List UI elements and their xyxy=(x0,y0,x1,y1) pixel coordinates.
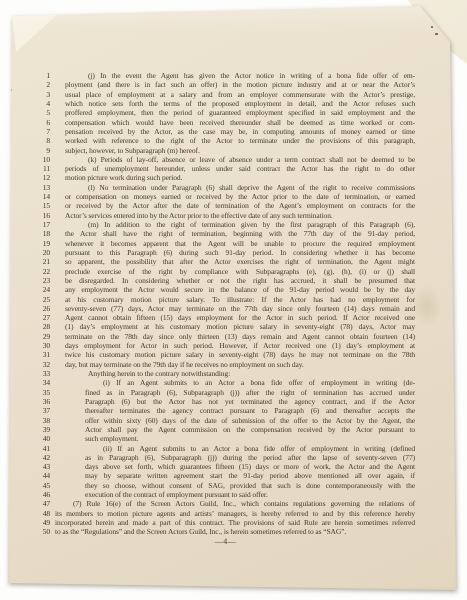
line-text: compensation which would have been recei… xyxy=(55,118,415,127)
line-text: which notice sets forth the terms of the… xyxy=(55,99,415,108)
line-text: Anything herein to the contrary notwiths… xyxy=(55,369,415,378)
line-number: 24 xyxy=(36,285,50,294)
line-text: any employment the Actor would secure in… xyxy=(55,285,415,294)
line-text: days above set forth, which guarantees f… xyxy=(55,462,415,471)
text-line: 3 usual place of employment at a salary … xyxy=(36,90,415,99)
page-wrap: 1 (j) In the event the Agent has given t… xyxy=(0,0,467,600)
text-line: 45 they so choose, without consent of SA… xyxy=(36,481,415,490)
text-line: 48 its members to motion picture agents … xyxy=(36,509,415,518)
line-number: 43 xyxy=(36,462,50,471)
line-number: 45 xyxy=(36,481,50,490)
text-line: 7 pensation received by the Actor, as th… xyxy=(36,127,415,136)
line-number: 1 xyxy=(36,71,50,80)
text-line: 43 days above set forth, which guarantee… xyxy=(36,462,415,471)
line-number: 35 xyxy=(36,388,50,397)
text-line: 27 Agent cannot obtain fifteen (15) days… xyxy=(36,313,415,322)
line-number: 38 xyxy=(36,416,50,425)
line-text: periods of unemployment hereunder, unles… xyxy=(55,164,415,173)
line-number: 49 xyxy=(36,518,50,527)
line-text: fined as in Paragraph (6), Subparagraph … xyxy=(55,388,415,397)
line-number: 42 xyxy=(36,453,50,462)
text-line: 44 may by separate written agreement sta… xyxy=(36,471,415,480)
line-number: 10 xyxy=(36,155,50,164)
paper-speck xyxy=(431,26,433,28)
text-line: 6 compensation which would have been rec… xyxy=(36,118,415,127)
line-number: 39 xyxy=(36,425,50,434)
text-line: 31 twice his customary motion picture sa… xyxy=(36,350,415,359)
line-number: 15 xyxy=(36,201,50,210)
line-number: 22 xyxy=(36,267,50,276)
line-text: (7) Rule 16(e) of the Screen Actors Guil… xyxy=(55,499,415,508)
line-text: worked with reference to the right of th… xyxy=(55,136,415,145)
text-line: 12 motion picture work during such perio… xyxy=(36,173,415,182)
line-number: 27 xyxy=(36,313,50,322)
line-text: or compensation on moneys earned or rece… xyxy=(55,192,415,201)
text-line: 4 which notice sets forth the terms of t… xyxy=(36,99,415,108)
line-number: 7 xyxy=(36,127,50,136)
line-number: 14 xyxy=(36,192,50,201)
line-number: 26 xyxy=(36,304,50,313)
text-line: 36 Paragraph (6) but the Actor has not y… xyxy=(36,397,415,406)
line-number: 25 xyxy=(36,295,50,304)
line-text: Agent cannot obtain fifteen (15) days em… xyxy=(55,313,415,322)
line-number: 5 xyxy=(36,108,50,117)
line-text: pensation received by the Actor, as the … xyxy=(55,127,415,136)
line-number: 9 xyxy=(36,146,50,155)
text-line: 50 to as the “Regulations” and the Scree… xyxy=(36,527,415,536)
line-text: whenever it becomes apparent that the Ag… xyxy=(55,239,415,248)
line-text: (1) day’s employment at his customary mo… xyxy=(55,322,415,331)
line-number: 20 xyxy=(36,248,50,257)
line-text: day, but may terminate on the 79th day i… xyxy=(55,360,415,369)
line-number: 46 xyxy=(36,490,50,499)
text-line: 13 (l) No termination under Paragraph (6… xyxy=(36,183,415,192)
text-line: 9 subject, however, to Subparagraph (m) … xyxy=(36,146,415,155)
text-line: 38 offer within sixty (60) days of the d… xyxy=(36,416,415,425)
text-line: 41 (ii) If an Agent submits to an Actor … xyxy=(36,444,415,453)
line-text: or received by the Actor after the date … xyxy=(55,201,415,210)
line-text: subject, however, to Subparagraph (m) he… xyxy=(55,146,415,155)
text-block: 1 (j) In the event the Agent has given t… xyxy=(36,71,415,537)
line-number: 11 xyxy=(36,164,50,173)
text-line: 30 days employment for Actor in such per… xyxy=(36,341,415,350)
line-text: ployment (and there is in fact such an o… xyxy=(55,80,415,89)
line-text: so apparent, the possibility that after … xyxy=(55,257,415,266)
line-number: 4 xyxy=(36,99,50,108)
line-text: at his customary motion picture salary. … xyxy=(55,295,415,304)
text-line: 5 proffered employment, then the period … xyxy=(36,108,415,117)
line-text: thereafter terminates the agency contrac… xyxy=(55,406,415,415)
text-line: 39 Actor shall pay the Agent commission … xyxy=(36,425,415,434)
text-line: 47 (7) Rule 16(e) of the Screen Actors G… xyxy=(36,499,415,508)
text-line: 10 (k) Periods of lay-off, absence or le… xyxy=(36,155,415,164)
line-number: 16 xyxy=(36,211,50,220)
line-number: 28 xyxy=(36,322,50,331)
text-line: 46 execution of the contract of employme… xyxy=(36,490,415,499)
line-text: Actor’s services entered into by the Act… xyxy=(55,211,415,220)
line-text: pursuant to this Paragraph (6) during su… xyxy=(55,248,415,257)
line-text: execution of the contract of employment … xyxy=(55,490,415,499)
line-number: 3 xyxy=(36,90,50,99)
line-number: 21 xyxy=(36,257,50,266)
text-line: 8 worked with reference to the right of … xyxy=(36,136,415,145)
text-line: 26 seventy-seven (77) days, Actor may te… xyxy=(36,304,415,313)
text-line: 34 (i) If an Agent submits to an Actor a… xyxy=(36,378,415,387)
line-text: (l) No termination under Paragraph (6) s… xyxy=(55,183,415,192)
text-line: 40 such employment. xyxy=(36,434,415,443)
paper-stain xyxy=(412,286,442,326)
line-text: be disregarded. In considering whether o… xyxy=(55,276,415,285)
text-line: 24 any employment the Actor would secure… xyxy=(36,285,415,294)
paper-speck xyxy=(435,33,438,35)
line-text: terminate on the 78th day since only thi… xyxy=(55,332,415,341)
line-text: twice his customary motion picture salar… xyxy=(55,350,415,359)
line-text: Actor shall pay the Agent commission on … xyxy=(55,425,415,434)
line-text: offer within sixty (60) days of the date… xyxy=(55,416,415,425)
line-number: 12 xyxy=(36,173,50,182)
line-text: seventy-seven (77) days, Actor may termi… xyxy=(55,304,415,313)
text-line: 19 whenever it becomes apparent that the… xyxy=(36,239,415,248)
text-line: 14 or compensation on moneys earned or r… xyxy=(36,192,415,201)
text-line: 23 be disregarded. In considering whethe… xyxy=(36,276,415,285)
text-line: 32 day, but may terminate on the 79th da… xyxy=(36,360,415,369)
line-text: incorporated herein and made a part of t… xyxy=(55,518,415,527)
line-number: 36 xyxy=(36,397,50,406)
line-number: 47 xyxy=(36,499,50,508)
line-number: 18 xyxy=(36,229,50,238)
text-line: 11 periods of unemployment hereunder, un… xyxy=(36,164,415,173)
text-line: 25 at his customary motion picture salar… xyxy=(36,295,415,304)
line-text: Paragraph (6) but the Actor has not yet … xyxy=(55,397,415,406)
text-line: 17 (m) In addition to the right of termi… xyxy=(36,220,415,229)
document-page: 1 (j) In the event the Agent has given t… xyxy=(0,0,467,600)
line-number: 29 xyxy=(36,332,50,341)
line-text: preclude exercise of the right by compli… xyxy=(55,267,415,276)
line-text: such employment. xyxy=(55,434,415,443)
line-number: 32 xyxy=(36,360,50,369)
line-text: the Actor shall have the right of termin… xyxy=(55,229,415,238)
paper-speck xyxy=(10,89,12,91)
line-number: 6 xyxy=(36,118,50,127)
text-line: 35 fined as in Paragraph (6), Subparagra… xyxy=(36,388,415,397)
line-number: 23 xyxy=(36,276,50,285)
line-text: usual place of employment at a salary an… xyxy=(55,90,415,99)
line-text: (ii) If an Agent submits to an Actor a b… xyxy=(55,444,415,453)
line-text: may by separate written agreement start … xyxy=(55,471,415,480)
scanned-document: 1 (j) In the event the Agent has given t… xyxy=(0,0,467,600)
line-number: 2 xyxy=(36,80,50,89)
text-line: 15 or received by the Actor after the da… xyxy=(36,201,415,210)
text-line: 22 preclude exercise of the right by com… xyxy=(36,267,415,276)
page-number: —4— xyxy=(36,537,415,547)
line-number: 8 xyxy=(36,136,50,145)
line-number: 31 xyxy=(36,350,50,359)
line-text: its members to motion picture agents and… xyxy=(55,509,415,518)
line-number: 19 xyxy=(36,239,50,248)
text-line: 16 Actor’s services entered into by the … xyxy=(36,211,415,220)
line-number: 30 xyxy=(36,341,50,350)
text-line: 42 as in Paragraph (6), Subparagraph (j)… xyxy=(36,453,415,462)
line-number: 33 xyxy=(36,369,50,378)
text-line: 33 Anything herein to the contrary notwi… xyxy=(36,369,415,378)
line-number: 17 xyxy=(36,220,50,229)
text-line: 21 so apparent, the possibility that aft… xyxy=(36,257,415,266)
text-line: 2 ployment (and there is in fact such an… xyxy=(36,80,415,89)
line-text: proffered employment, then the period of… xyxy=(55,108,415,117)
line-text: (i) If an Agent submits to an Actor a bo… xyxy=(55,378,415,387)
line-number: 41 xyxy=(36,444,50,453)
line-text: motion picture work during such period. xyxy=(55,173,415,182)
line-number: 40 xyxy=(36,434,50,443)
text-line: 49 incorporated herein and made a part o… xyxy=(36,518,415,527)
text-line: 1 (j) In the event the Agent has given t… xyxy=(36,71,415,80)
line-text: (m) In addition to the right of terminat… xyxy=(55,220,415,229)
line-number: 34 xyxy=(36,378,50,387)
text-line: 28 (1) day’s employment at his customary… xyxy=(36,322,415,331)
line-number: 13 xyxy=(36,183,50,192)
line-number: 44 xyxy=(36,471,50,480)
line-text: to as the “Regulations” and the Screen A… xyxy=(55,527,415,536)
line-text: as in Paragraph (6), Subparagraph (j)) d… xyxy=(55,453,415,462)
line-number: 48 xyxy=(36,509,50,518)
line-number: 37 xyxy=(36,406,50,415)
line-number: 50 xyxy=(36,527,50,536)
line-text: they so choose, without consent of SAG, … xyxy=(55,481,415,490)
line-text: (k) Periods of lay-off, absence or leave… xyxy=(55,155,415,164)
text-line: 20 pursuant to this Paragraph (6) during… xyxy=(36,248,415,257)
text-line: 37 thereafter terminates the agency cont… xyxy=(36,406,415,415)
text-line: 18 the Actor shall have the right of ter… xyxy=(36,229,415,238)
text-line: 29 terminate on the 78th day since only … xyxy=(36,332,415,341)
line-text: (j) In the event the Agent has given the… xyxy=(55,71,415,80)
line-text: days employment for Actor in such period… xyxy=(55,341,415,350)
